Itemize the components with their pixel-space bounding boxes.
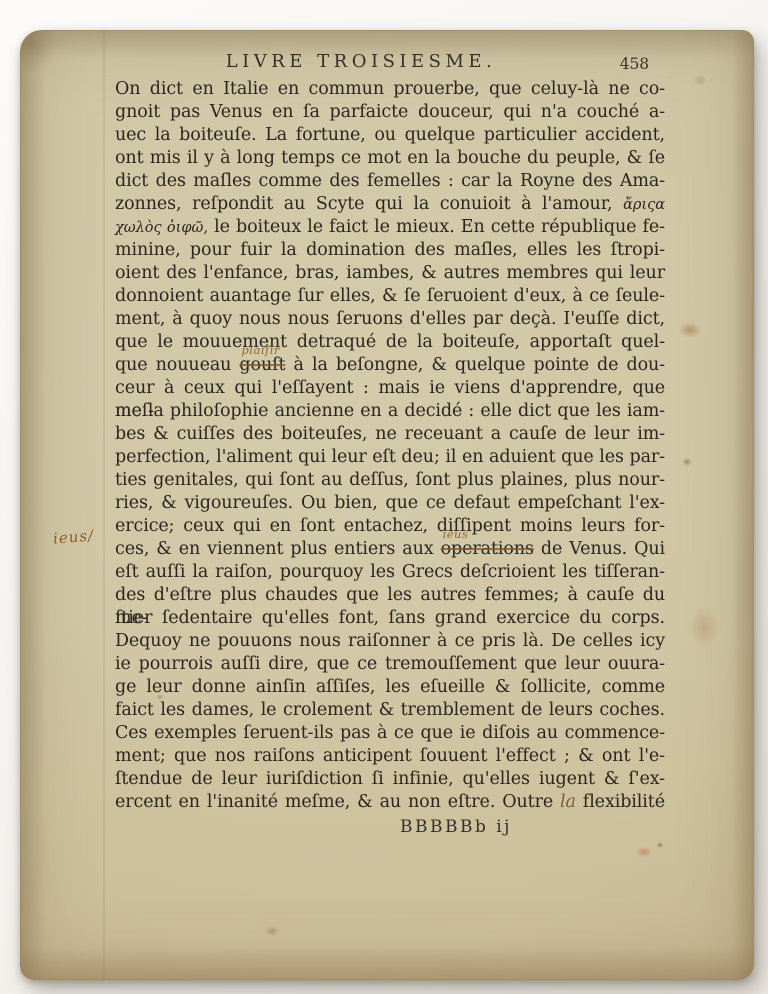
text-line: ſtier ſedentaire qu'elles font, ſans gra… xyxy=(115,607,665,630)
text-line: me la philoſophie ancienne en a decidé :… xyxy=(115,400,665,423)
text-line: eſt auſſi la raiſon, pourquoy les Grecs … xyxy=(115,561,665,584)
handwritten-correction-plaisir: plaiſir xyxy=(241,345,280,357)
line-text: le boiteux le faict le mieux. En cette r… xyxy=(208,217,665,237)
body-text: On dict en Italie en commun prouerbe, qu… xyxy=(115,78,665,814)
text-line: ercent en l'inanité meſme, & au non eſtr… xyxy=(115,791,665,814)
text-line: zonnes, reſpondit au Scyte qui la conuio… xyxy=(115,193,665,216)
text-line: On dict en Italie en commun prouerbe, qu… xyxy=(115,78,665,101)
text-line: ont mis il y à long temps ce mot en la b… xyxy=(115,147,665,170)
running-title: LIVRE TROISIESME. xyxy=(115,50,607,73)
text-line: ceur à ceux qui l'eſſayent : mais ie vie… xyxy=(115,377,665,400)
text-line: perfection, l'aliment qui leur eſt deu; … xyxy=(115,446,665,469)
text-line: dict des maſles comme des femelles : car… xyxy=(115,170,665,193)
text-block: LIVRE TROISIESME. 458 On dict en Italie … xyxy=(115,50,665,814)
corrected-word-operations: operationsieus xyxy=(441,539,534,559)
line-text: de Venus. Qui xyxy=(534,539,665,559)
greek-phrase: ἄριςα xyxy=(623,197,665,213)
page-header: LIVRE TROISIESME. 458 xyxy=(115,50,665,78)
handwritten-margin-annotation: ieus/ xyxy=(52,526,95,548)
line-text: flexibilité xyxy=(576,792,665,812)
handwritten-insertion-la: la xyxy=(560,792,576,812)
line-text: ces, & en viennent plus entiers aux xyxy=(115,539,441,559)
text-line: minine, pour fuir la domination des maſl… xyxy=(115,239,665,262)
line-text: que nouueau xyxy=(115,355,239,375)
text-line: faict les dames, le crolement & tremblem… xyxy=(115,699,665,722)
photo-background: ieus/ LIVRE TROISIESME. 458 On dict en I… xyxy=(0,0,768,994)
struck-word: operations xyxy=(441,539,534,559)
text-line: des d'eſtre plus chaudes que les autres … xyxy=(115,584,665,607)
struck-word: gouſt xyxy=(239,355,285,375)
text-line: uec la boiteuſe. La fortune, ou quelque … xyxy=(115,124,665,147)
text-line: ment; que nos raiſons anticipent ſouuent… xyxy=(115,745,665,768)
text-line: ie pourrois auſſi dire, que ce tremouſſe… xyxy=(115,653,665,676)
text-line: ment, à quoy nous nous ſeruons d'elles p… xyxy=(115,308,665,331)
line-text: zonnes, reſpondit au Scyte qui la conuio… xyxy=(115,194,623,214)
text-line: ge leur donne ainſin aſſiſes, les eſueil… xyxy=(115,676,665,699)
text-line: bes & cuiſſes des boiteuſes, ne receuant… xyxy=(115,423,665,446)
text-line: ties genitales, qui ſont au deſſus, ſont… xyxy=(115,469,665,492)
text-line: gnoit pas Venus en ſa parfaicte douceur,… xyxy=(115,101,665,124)
line-text: à la beſongne, & quelque pointe de dou- xyxy=(285,355,665,375)
text-line: ercice; ceux qui en ſont entachez, diſſi… xyxy=(115,515,665,538)
text-line: ces, & en viennent plus entiers aux oper… xyxy=(115,538,665,561)
text-line: donnoient auantage ſur elles, & ſe ſeruo… xyxy=(115,285,665,308)
greek-phrase: χωλὸς ὀιφῶ, xyxy=(115,220,208,236)
signature-mark: BBBBBb ij xyxy=(400,817,512,837)
text-line: Ces exemples ſeruent-ils pas à ce que ie… xyxy=(115,722,665,745)
page-number: 458 xyxy=(620,53,649,76)
text-line: que nouueau gouſtplaiſir à la beſongne, … xyxy=(115,354,665,377)
line-text: ercent en l'inanité meſme, & au non eſtr… xyxy=(115,792,560,812)
corrected-word-goust: gouſtplaiſir xyxy=(239,355,285,375)
text-line: Dequoy ne pouuons nous raiſonner à ce pr… xyxy=(115,630,665,653)
text-line: oient des l'enfance, bras, iambes, & aut… xyxy=(115,262,665,285)
book-page: ieus/ LIVRE TROISIESME. 458 On dict en I… xyxy=(20,30,754,980)
text-line: que le mouuement detraqué de la boiteuſe… xyxy=(115,331,665,354)
text-line: χωλὸς ὀιφῶ, le boiteux le faict le mieux… xyxy=(115,216,665,239)
text-line: ries, & vigoureuſes. Ou bien, que ce def… xyxy=(115,492,665,515)
text-line: ſtendue de leur iuriſdiction ſi infinie,… xyxy=(115,768,665,791)
handwritten-correction-ieus: ieus xyxy=(443,529,469,541)
